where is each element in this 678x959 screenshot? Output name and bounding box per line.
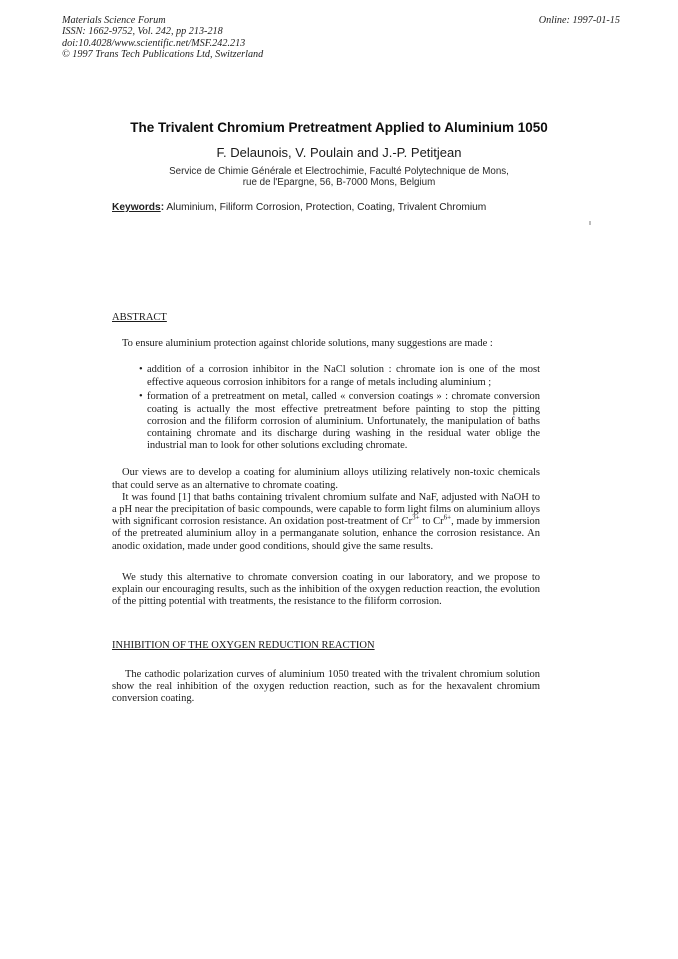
journal-info: Materials Science Forum ISSN: 1662-9752,… — [62, 15, 263, 60]
keywords-label: Keywords — [112, 202, 161, 213]
affiliation: Service de Chimie Générale et Electrochi… — [0, 167, 678, 189]
abstract-intro: To ensure aluminium protection against c… — [112, 338, 540, 350]
journal-header: Materials Science Forum ISSN: 1662-9752,… — [62, 15, 620, 60]
paragraph-our-views: Our views are to develop a coating for a… — [112, 467, 540, 491]
journal-title: Materials Science Forum — [62, 15, 263, 26]
paper-title: The Trivalent Chromium Pretreatment Appl… — [0, 120, 678, 135]
findings-text-b: to Cr — [420, 516, 444, 527]
scan-artifact — [589, 221, 591, 225]
authors-line: F. Delaunois, V. Poulain and J.-P. Petit… — [0, 145, 678, 160]
paragraph-findings: It was found [1] that baths containing t… — [112, 492, 540, 553]
paragraph-we-study: We study this alternative to chromate co… — [112, 572, 540, 609]
keywords-line: Keywords: Aluminium, Filiform Corrosion,… — [112, 202, 580, 213]
paper-body: ABSTRACT To ensure aluminium protection … — [112, 312, 540, 705]
abstract-heading: ABSTRACT — [112, 312, 540, 324]
list-item-inhibitor: addition of a corrosion inhibitor in the… — [139, 364, 540, 388]
affiliation-line-2: rue de l'Epargne, 56, B-7000 Mons, Belgi… — [0, 178, 678, 189]
section-heading-inhibition: INHIBITION OF THE OXYGEN REDUCTION REACT… — [112, 640, 540, 652]
superscript-cr3: 3+ — [412, 514, 419, 522]
title-block: The Trivalent Chromium Pretreatment Appl… — [0, 120, 678, 189]
suggestion-list: addition of a corrosion inhibitor in the… — [139, 364, 540, 452]
online-date: Online: 1997-01-15 — [539, 15, 620, 26]
list-item-conversion-coating: formation of a pretreatment on metal, ca… — [139, 391, 540, 452]
issn-volume-line: ISSN: 1662-9752, Vol. 242, pp 213-218 — [62, 26, 263, 37]
doi-line: doi:10.4028/www.scientific.net/MSF.242.2… — [62, 38, 263, 49]
keywords-list: Aluminium, Filiform Corrosion, Protectio… — [166, 202, 486, 213]
superscript-cr6: 6+ — [444, 514, 451, 522]
copyright-line: © 1997 Trans Tech Publications Ltd, Swit… — [62, 49, 263, 60]
section-paragraph-cathodic: The cathodic polarization curves of alum… — [112, 669, 540, 706]
keywords-separator: : — [161, 202, 164, 213]
